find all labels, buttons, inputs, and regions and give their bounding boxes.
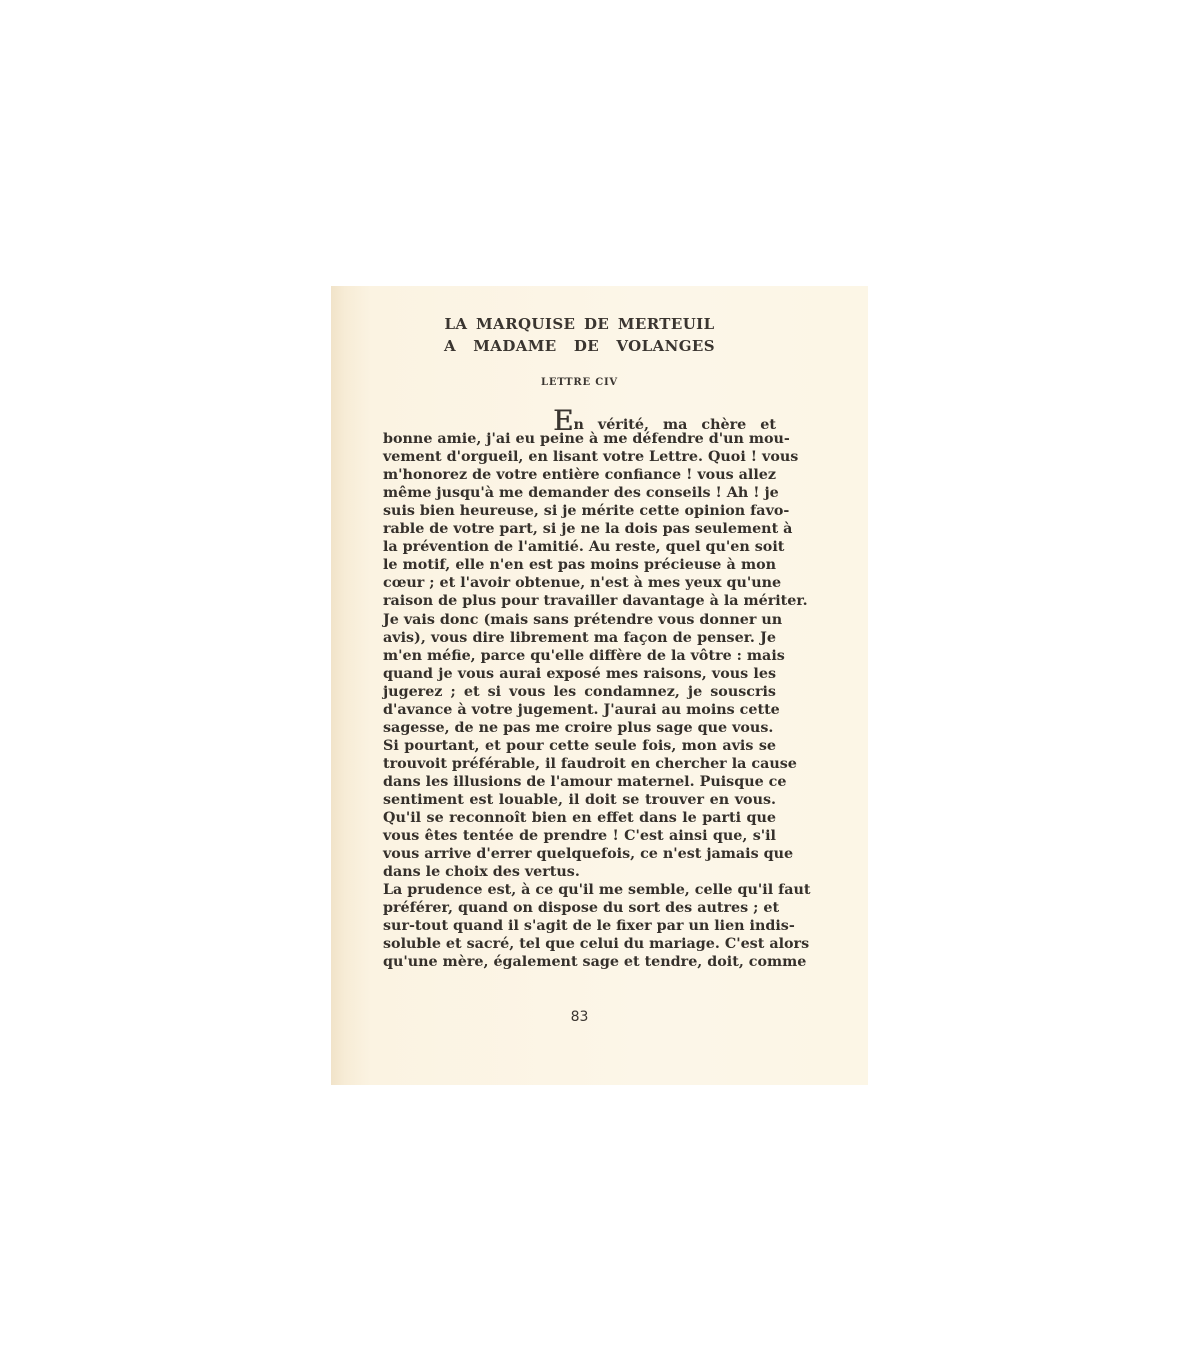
letter-body: En vérité, ma chère et bonne amie, j'ai … xyxy=(383,412,776,971)
letter-number: LETTRE CIV xyxy=(383,377,776,388)
body-line: Si pourtant, et pour cette seule fois, m… xyxy=(383,737,776,755)
body-line: vous êtes tentée de prendre ! C'est ains… xyxy=(383,827,776,845)
heading-recipient: A MADAME DE VOLANGES xyxy=(383,335,776,357)
body-line: avis), vous dire librement ma façon de p… xyxy=(383,629,776,647)
body-line: vous arrive d'errer quelquefois, ce n'es… xyxy=(383,845,776,863)
body-line: le motif, elle n'en est pas moins précie… xyxy=(383,556,776,574)
page-number: 83 xyxy=(383,1009,776,1025)
book-page: LA MARQUISE DE MERTEUIL A MADAME DE VOLA… xyxy=(331,286,868,1085)
body-line: suis bien heureuse, si je mérite cette o… xyxy=(383,502,776,520)
body-line: vement d'orgueil, en lisant votre Lettre… xyxy=(383,448,776,466)
body-line: raison de plus pour travailler davantage… xyxy=(383,592,776,610)
body-first-line: En vérité, ma chère et xyxy=(383,412,776,430)
body-line: même jusqu'à me demander des conseils ! … xyxy=(383,484,776,502)
body-line: Je vais donc (mais sans prétendre vous d… xyxy=(383,611,776,629)
body-line: sentiment est louable, il doit se trouve… xyxy=(383,791,776,809)
body-line: soluble et sacré, tel que celui du maria… xyxy=(383,935,776,953)
body-line: trouvoit préférable, il faudroit en cher… xyxy=(383,755,776,773)
body-line: jugerez ; et si vous les condamnez, je s… xyxy=(383,683,776,701)
body-line: rable de votre part, si je ne la dois pa… xyxy=(383,520,776,538)
body-line: quand je vous aurai exposé mes raisons, … xyxy=(383,665,776,683)
body-line: La prudence est, à ce qu'il me semble, c… xyxy=(383,881,776,899)
body-line: bonne amie, j'ai eu peine à me défendre … xyxy=(383,430,776,448)
body-line: d'avance à votre jugement. J'aurai au mo… xyxy=(383,701,776,719)
body-line: sur-tout quand il s'agit de le fixer par… xyxy=(383,917,776,935)
heading-sender: LA MARQUISE DE MERTEUIL xyxy=(383,313,776,335)
body-line: dans les illusions de l'amour maternel. … xyxy=(383,773,776,791)
body-line: préférer, quand on dispose du sort des a… xyxy=(383,899,776,917)
body-line: cœur ; et l'avoir obtenue, n'est à mes y… xyxy=(383,574,776,592)
body-line: la prévention de l'amitié. Au reste, que… xyxy=(383,538,776,556)
body-line: dans le choix des vertus. xyxy=(383,863,776,881)
body-line: m'en méfie, parce qu'elle diffère de la … xyxy=(383,647,776,665)
body-line: m'honorez de votre entière confiance ! v… xyxy=(383,466,776,484)
body-line: qu'une mère, également sage et tendre, d… xyxy=(383,953,776,971)
letter-heading: LA MARQUISE DE MERTEUIL A MADAME DE VOLA… xyxy=(383,313,776,357)
body-line: Qu'il se reconnoît bien en effet dans le… xyxy=(383,809,776,827)
body-line: sagesse, de ne pas me croire plus sage q… xyxy=(383,719,776,737)
